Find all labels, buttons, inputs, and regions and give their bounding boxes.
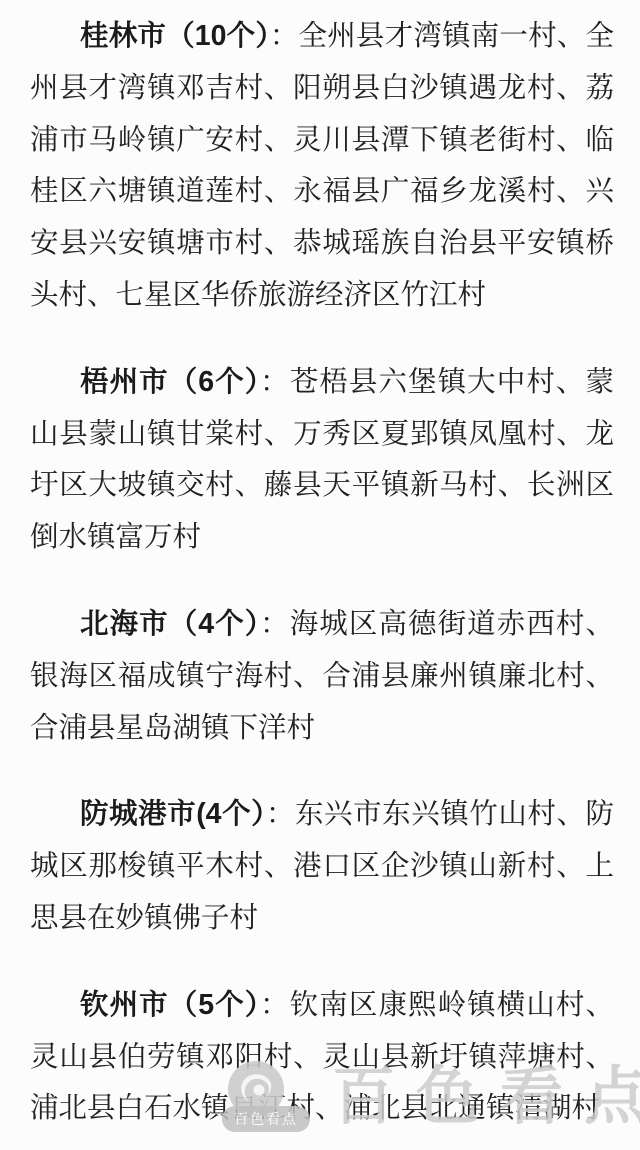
city-section-qinzhou: 钦州市（5个）：钦南区康熙岭镇横山村、灵山县伯劳镇邓阳村、灵山县新圩镇萍塘村、浦… bbox=[30, 980, 614, 1135]
city-header: 北海市（4个） bbox=[80, 608, 260, 640]
city-header: 桂林市（10个） bbox=[80, 20, 270, 52]
village-list-document: 桂林市（10个）：全州县才湾镇南一村、全州县才湾镇邓吉村、阳朔县白沙镇遇龙村、荔… bbox=[0, 0, 640, 1135]
colon: ： bbox=[260, 608, 290, 640]
city-section-beihai: 北海市（4个）：海城区高德街道赤西村、银海区福成镇宁海村、合浦县廉州镇廉北村、合… bbox=[30, 599, 614, 754]
city-section-fangchenggang: 防城港市(4个）：东兴市东兴镇竹山村、防城区那梭镇平木村、港口区企沙镇山新村、上… bbox=[30, 789, 614, 944]
city-header: 梧州市（6个） bbox=[80, 366, 260, 398]
city-section-guilin: 桂林市（10个）：全州县才湾镇南一村、全州县才湾镇邓吉村、阳朔县白沙镇遇龙村、荔… bbox=[30, 11, 614, 322]
city-section-wuzhou: 梧州市（6个）：苍梧县六堡镇大中村、蒙山县蒙山镇甘棠村、万秀区夏郢镇凤凰村、龙圩… bbox=[30, 357, 614, 564]
village-list: 全州县才湾镇南一村、全州县才湾镇邓吉村、阳朔县白沙镇遇龙村、荔浦市马岭镇广安村、… bbox=[30, 20, 614, 311]
article-page: 桂林市（10个）：全州县才湾镇南一村、全州县才湾镇邓吉村、阳朔县白沙镇遇龙村、荔… bbox=[0, 0, 640, 1150]
colon: ： bbox=[260, 366, 290, 398]
city-header: 防城港市(4个） bbox=[80, 798, 266, 830]
city-header: 钦州市（5个） bbox=[80, 989, 260, 1021]
colon: ： bbox=[270, 20, 299, 52]
colon: ： bbox=[266, 798, 295, 830]
colon: ： bbox=[260, 989, 290, 1021]
